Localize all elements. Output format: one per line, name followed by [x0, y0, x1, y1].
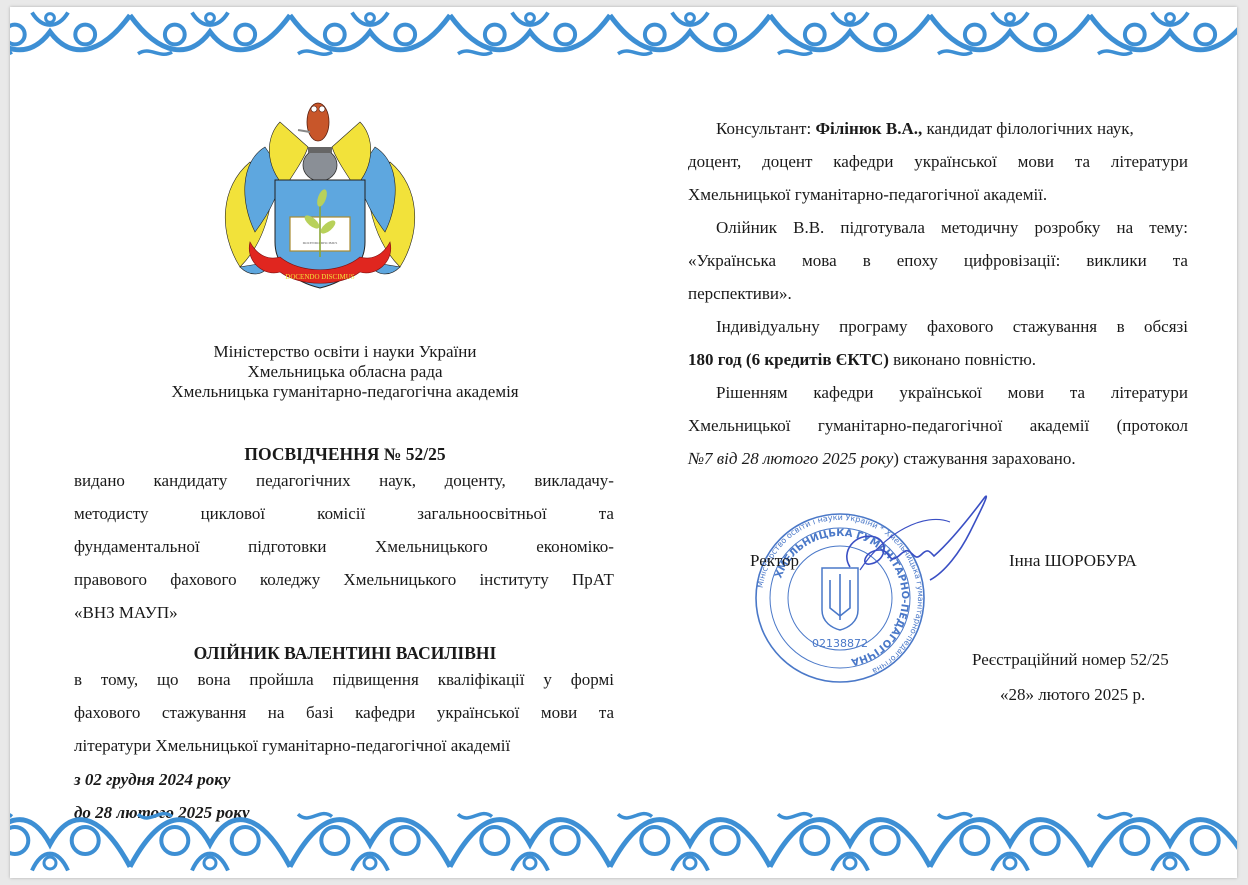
word: видано [74, 464, 125, 497]
academy-emblem: DOCENDO DISCIMUS DOCENDO DISCIMUS [210, 92, 430, 302]
rector-label: Ректор [750, 551, 799, 571]
word: кафедри [833, 145, 893, 178]
word: Хмельницького [375, 530, 488, 563]
word: Індивідуальну [716, 310, 820, 343]
word: цифровізації: [964, 244, 1061, 277]
consultant-line: Хмельницької гуманітарно-педагогічної ак… [688, 178, 1188, 211]
consultant-line: Консультант: Філінюк В.А., кандидат філо… [688, 112, 1188, 145]
word: Хмельницької [688, 409, 790, 442]
word: методисту [74, 497, 149, 530]
program-hours: 180 год (6 кредитів ЄКТС) [688, 343, 889, 376]
word: на [268, 696, 285, 729]
issued-line: правовогофаховогоколеджуХмельницькогоінс… [74, 563, 614, 596]
word: та [599, 696, 614, 729]
word: мови [541, 696, 577, 729]
word: В.В. [793, 211, 824, 244]
word: викладачу- [534, 464, 614, 497]
word: стажування [162, 696, 246, 729]
ministry-name: Міністерство освіти і науки України [70, 342, 620, 362]
topic-line: перспективи». [688, 277, 1188, 310]
word: підготовки [248, 530, 326, 563]
word: тему: [1149, 211, 1188, 244]
completion-line: втому,щовонапройшлапідвищеннякваліфікаці… [74, 663, 614, 696]
issued-line: методистуцикловоїкомісіїзагальноосвітньо… [74, 497, 614, 530]
word: в [1117, 310, 1125, 343]
word: обсязі [1144, 310, 1188, 343]
word: циклової [201, 497, 266, 530]
word: ПрАТ [572, 563, 614, 596]
word: мова [802, 244, 837, 277]
word: та [1075, 145, 1090, 178]
word: академії [1030, 409, 1090, 442]
word: методичну [941, 211, 1018, 244]
academy-name: Хмельницька гуманітарно-педагогічна акад… [70, 382, 620, 402]
decision-line: Хмельницькоїгуманітарно-педагогічноїакад… [688, 409, 1188, 442]
word: тому, [101, 663, 138, 696]
word: економіко- [536, 530, 614, 563]
word: вона [197, 663, 230, 696]
council-name: Хмельницька обласна рада [70, 362, 620, 382]
rector-name: Інна ШОРОБУРА [1009, 551, 1137, 571]
consultant-title: кандидат філологічних наук, [926, 112, 1133, 145]
topic-paragraph: ОлійникВ.В.підготуваламетодичнурозробкун… [688, 211, 1188, 310]
word: української [914, 145, 997, 178]
word: літератури [1111, 376, 1188, 409]
decision-result: ) стажування зараховано. [893, 442, 1075, 475]
word: педагогічних [256, 464, 351, 497]
certificate-page: DOCENDO DISCIMUS DOCENDO DISCIMUS Мініст… [10, 7, 1237, 878]
word: пройшла [249, 663, 313, 696]
issued-to-paragraph: виданокандидатупедагогічнихнаук,доценту,… [74, 464, 614, 629]
issued-line: виданокандидатупедагогічнихнаук,доценту,… [74, 464, 614, 497]
word: виклики [1086, 244, 1146, 277]
word: наук, [379, 464, 416, 497]
word: Хмельницького [343, 563, 456, 596]
program-line: 180 год (6 кредитів ЄКТС) виконано повні… [688, 343, 1188, 376]
word: фахового [74, 696, 140, 729]
word: стажування [1013, 310, 1097, 343]
word: доцент [762, 145, 812, 178]
svg-text:02138872: 02138872 [812, 637, 868, 650]
word: епоху [897, 244, 938, 277]
word: та [599, 497, 614, 530]
ornament-border-top [10, 7, 1237, 62]
word: гуманітарно-педагогічної [818, 409, 1002, 442]
word: мови [1018, 145, 1054, 178]
date-from: з 02 грудня 2024 року [74, 770, 230, 790]
issuer-header: Міністерство освіти і науки України Хмел… [70, 342, 620, 402]
word: та [1173, 244, 1188, 277]
word: програму [839, 310, 907, 343]
word: коледжу [260, 563, 320, 596]
issued-line: фундаментальноїпідготовкиХмельницькогоек… [74, 530, 614, 563]
protocol-reference: №7 від 28 лютого 2025 року [688, 442, 893, 475]
word: фахового [170, 563, 236, 596]
consultant-paragraph: Консультант: Філінюк В.А., кандидат філо… [688, 112, 1188, 211]
program-status: виконано повністю. [889, 343, 1036, 376]
completion-line: літератури Хмельницької гуманітарно-педа… [74, 729, 614, 762]
completion-line: фаховогостажуваннянабазікафедриукраїнськ… [74, 696, 614, 729]
certificate-title: ПОСВІДЧЕННЯ № 52/25 [70, 444, 620, 465]
word: кафедри [813, 376, 873, 409]
topic-line: «Українськамовавепохуцифровізації:виклик… [688, 244, 1188, 277]
word: підвищення [333, 663, 419, 696]
word: фахового [927, 310, 993, 343]
word: доценту, [445, 464, 506, 497]
word: формі [571, 663, 614, 696]
registration-number: Реєстраційний номер 52/25 [972, 650, 1169, 670]
word: української [899, 376, 982, 409]
consultant-label: Консультант: [716, 112, 811, 145]
word: у [543, 663, 552, 696]
word: кафедри [355, 696, 415, 729]
completion-paragraph: втому,щовонапройшлапідвищеннякваліфікаці… [74, 663, 614, 762]
word: правового [74, 563, 147, 596]
ornament-border-bottom [10, 803, 1237, 878]
word: в [74, 663, 82, 696]
word: кандидату [154, 464, 228, 497]
word: на [1116, 211, 1133, 244]
consultant-line: доцент,доценткафедриукраїнськоїмовиталіт… [688, 145, 1188, 178]
rector-signature [830, 492, 1000, 592]
program-line: Індивідуальнупрограмуфаховогостажуванняв… [688, 310, 1188, 343]
word: та [1070, 376, 1085, 409]
word: кваліфікації [438, 663, 525, 696]
word: комісії [317, 497, 365, 530]
topic-line: ОлійникВ.В.підготуваламетодичнурозробкун… [688, 211, 1188, 244]
word: літератури [1111, 145, 1188, 178]
decision-line: Рішеннямкафедриукраїнськоїмовиталітерату… [688, 376, 1188, 409]
word: загальноосвітньої [417, 497, 546, 530]
word: «Українська [688, 244, 776, 277]
word: Олійник [716, 211, 777, 244]
word: Рішенням [716, 376, 788, 409]
holder-name: ОЛІЙНИК ВАЛЕНТИНІ ВАСИЛІВНІ [70, 643, 620, 664]
word: доцент, [688, 145, 741, 178]
word: підготувала [840, 211, 925, 244]
word: що [157, 663, 179, 696]
word: мови [1008, 376, 1044, 409]
program-paragraph: Індивідуальнупрограмуфаховогостажуванняв… [688, 310, 1188, 376]
word: української [437, 696, 520, 729]
word: розробку [1035, 211, 1101, 244]
consultant-name: Філінюк В.А., [815, 112, 922, 145]
decision-line: №7 від 28 лютого 2025 року) стажування з… [688, 442, 1188, 475]
word: інституту [479, 563, 548, 596]
word: в [863, 244, 871, 277]
svg-text:DOCENDO DISCIMUS: DOCENDO DISCIMUS [285, 273, 355, 281]
word: базі [306, 696, 334, 729]
protocol-open: (протокол [1117, 409, 1188, 442]
word: фундаментальної [74, 530, 200, 563]
registration-date: «28» лютого 2025 р. [1000, 685, 1145, 705]
issued-line: «ВНЗ МАУП» [74, 596, 614, 629]
decision-paragraph: Рішеннямкафедриукраїнськоїмовиталітерату… [688, 376, 1188, 475]
